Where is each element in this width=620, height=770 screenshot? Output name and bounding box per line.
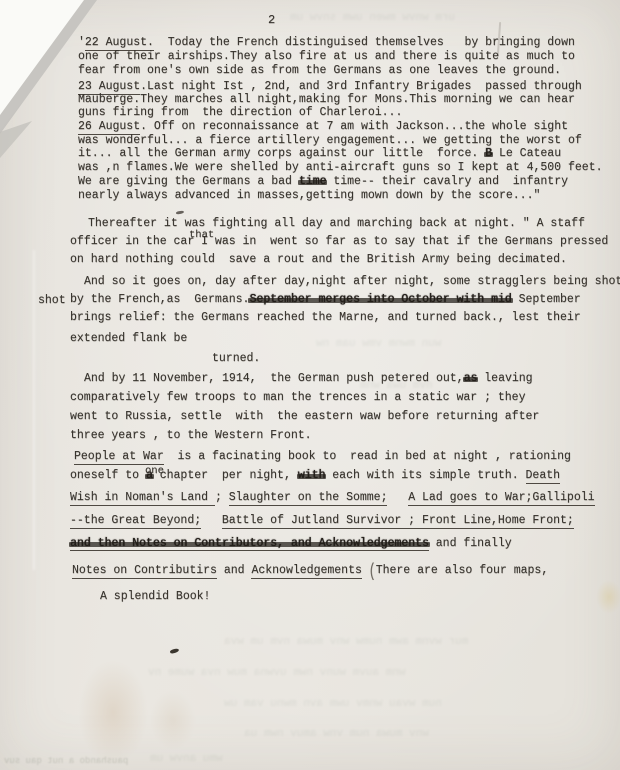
- struck-out-text: B: [485, 147, 492, 160]
- struck-out-text: time: [299, 175, 327, 188]
- underlined-text: Battle of Jutland Survivor ; Front Line,…: [222, 514, 574, 529]
- pencil-mark: (: [369, 563, 376, 582]
- typed-line-24: three years , to the Western Front.: [70, 430, 312, 442]
- typed-text: nearly always advanced in masses,getting…: [78, 189, 540, 202]
- typed-text: Thereafter it was fighting all day and m…: [88, 217, 585, 230]
- ghost-bleed-text: mur wvnm awm numw wnv muwa nvm um wva: [224, 636, 468, 648]
- typed-line-19: extended flank be: [70, 333, 187, 345]
- typed-line-16: And so it goes on, day after day,night a…: [84, 276, 620, 288]
- typed-text: was wonderful... a fierce artillery enga…: [78, 134, 582, 147]
- typed-text: September: [512, 293, 581, 306]
- ghost-bleed-text: nvm uwa wnm: [360, 380, 433, 392]
- paper-stain: [596, 580, 620, 614]
- underlined-text: Acknowledgements: [251, 564, 361, 579]
- typed-text: [387, 491, 408, 504]
- typed-text: A splendid Book!: [100, 590, 210, 603]
- typed-text: each with its simple truth.: [325, 469, 525, 482]
- typed-text: leaving: [477, 372, 532, 385]
- underlined-text: Slaughter on the Somme;: [229, 491, 388, 506]
- typed-text: turned.: [212, 352, 260, 365]
- typed-text: Mauberge.They marches all night,making f…: [78, 93, 575, 106]
- typed-line-9: it... all the German army corps against …: [78, 148, 561, 160]
- typed-text: one of their airships.They also fire at …: [78, 50, 575, 63]
- paper-stain: [150, 690, 196, 750]
- typed-line-10: was ,n flames.We were shelled by anti-ai…: [78, 162, 603, 174]
- typed-text: ': [78, 36, 85, 49]
- typed-line-15: on hard nothing could save a rout and th…: [70, 254, 567, 266]
- pencil-mark: [176, 210, 184, 215]
- typed-line-22: comparatively few troops to man the tren…: [70, 392, 525, 404]
- typed-text: time-- their cavalry and infantry: [326, 175, 568, 188]
- typed-text: brings relief: the Germans reached the M…: [70, 311, 581, 324]
- paper-stain: [78, 660, 148, 765]
- struck-out-text: with: [298, 469, 326, 482]
- typed-line-21: And by 11 November, 1914, the German pus…: [84, 373, 533, 385]
- typed-text: was ,n flames.We were shelled by anti-ai…: [78, 161, 603, 174]
- ghost-bleed-text: wnv muwa num vnw amuv nwm ua: [244, 728, 429, 740]
- struck-out-text: as: [464, 372, 478, 385]
- ghost-bleed-text: wun mwnm vmw uam nw: [316, 338, 441, 350]
- typed-text: on hard nothing could save a rout and th…: [70, 253, 567, 266]
- struck-out-text: September merges into October with mid: [249, 293, 511, 306]
- typed-insertion: one: [145, 465, 164, 477]
- typed-text: And so it goes on, day after day,night a…: [84, 275, 620, 288]
- paper-crease: [33, 250, 35, 570]
- typed-text: ;: [215, 491, 229, 504]
- typed-line-31: A splendid Book!: [100, 591, 210, 603]
- typed-text: There are also four maps,: [376, 564, 549, 577]
- ghost-bleed-text: num wvau wnmv uwm avn mwnu vam uw: [224, 698, 442, 710]
- typed-line-30: Notes on Contributirs and Acknowledgemen…: [72, 565, 548, 577]
- struck-out-text: and then Notes on Contributors, and Ackn…: [70, 537, 429, 551]
- typed-text: went to Russia, settle with the eastern …: [70, 410, 539, 423]
- underlined-text: People at War: [74, 450, 164, 465]
- ghost-bleed-text: wnm auvm wunv nwm uvwna muw nva wume nv: [148, 667, 405, 679]
- typed-text: oneself to: [70, 469, 146, 482]
- underlined-text: Wish in Noman's Land: [70, 491, 215, 506]
- typed-line-4: 23 August.Last night Ist , 2nd, and 3rd …: [78, 81, 582, 93]
- typed-line-5: Mauberge.They marches all night,making f…: [78, 94, 575, 106]
- typed-text: officer in the car I was in went so far …: [70, 235, 608, 248]
- underlined-text: Notes on Contributirs: [72, 564, 217, 579]
- typed-insertion: that: [189, 229, 214, 241]
- ghost-bleed-text: wmu anvw um: [150, 753, 223, 765]
- typed-line-25: People at War is a facinating book to re…: [74, 451, 571, 463]
- typed-line-3: fear from one's own side as from the Ger…: [78, 65, 561, 77]
- underlined-text: Death: [526, 469, 561, 484]
- typed-text: chapter per night,: [153, 469, 298, 482]
- margin-note: shot: [38, 294, 66, 307]
- ghost-bleed-text: urm wnvw mwen uwm snvw um: [290, 12, 455, 24]
- typed-text: is a facinating book to read in bed at n…: [164, 450, 571, 463]
- typed-text: We are giving the Germans a bad: [78, 175, 299, 188]
- typewritten-page: 2 shot '22 August. Today the French dist…: [0, 0, 620, 770]
- typed-line-20: turned.: [212, 353, 260, 365]
- typed-line-17: by the French,as Germans.September merge…: [70, 294, 581, 306]
- typed-text: it... all the German army corps against …: [78, 147, 485, 160]
- typed-line-13: Thereafter it was fighting all day and m…: [88, 218, 585, 230]
- typed-line-28: --the Great Beyond; Battle of Jutland Su…: [70, 515, 574, 527]
- typed-text: fear from one's own side as from the Ger…: [78, 64, 561, 77]
- typed-text: .Last night Ist , 2nd, and 3rd Infantry …: [140, 80, 582, 93]
- typed-text: extended flank be: [70, 332, 187, 345]
- typed-line-1: '22 August. Today the French distinguise…: [78, 37, 575, 49]
- typed-line-12: nearly always advanced in masses,getting…: [78, 190, 540, 202]
- typed-text: comparatively few troops to man the tren…: [70, 391, 525, 404]
- typed-line-23: went to Russia, settle with the eastern …: [70, 411, 539, 423]
- typed-line-14: officer in the car I was in went so far …: [70, 236, 608, 248]
- typed-line-11: We are giving the Germans a bad time tim…: [78, 176, 568, 188]
- typed-text: three years , to the Western Front.: [70, 429, 312, 442]
- typed-line-6: guns firing from the direction of Charle…: [78, 107, 402, 119]
- typed-line-7: 26 August. Off on reconnaissance at 7 am…: [78, 121, 568, 133]
- ghost-bleed-text: paushando a nut qau suv: [4, 756, 128, 766]
- typed-text: Le Cateau: [492, 147, 561, 160]
- typed-text: Today the French distinguised themselves…: [154, 36, 575, 49]
- typed-line-29: and then Notes on Contributors, and Ackn…: [70, 538, 512, 550]
- typed-text: guns firing from the direction of Charle…: [78, 106, 402, 119]
- typed-text: and finally: [429, 537, 512, 550]
- typed-line-27: Wish in Noman's Land ; Slaughter on the …: [70, 492, 595, 504]
- typed-line-18: brings relief: the Germans reached the M…: [70, 312, 581, 324]
- page-number: 2: [268, 13, 275, 27]
- underlined-text: A Lad goes to War;Gallipoli: [408, 491, 594, 506]
- underlined-text: 22 August.: [85, 36, 154, 51]
- ink-speck: [170, 648, 180, 655]
- typed-line-8: was wonderful... a fierce artillery enga…: [78, 135, 582, 147]
- typed-line-2: one of their airships.They also fire at …: [78, 51, 575, 63]
- typed-text: [201, 514, 222, 527]
- underlined-text: --the Great Beyond;: [70, 514, 201, 529]
- typed-line-26: oneself to a chapter per night, with eac…: [70, 470, 560, 482]
- typed-text: by the French,as Germans.: [70, 293, 249, 306]
- underlined-text: 26 August: [78, 120, 140, 135]
- typed-text: and: [217, 564, 252, 577]
- typed-text: [362, 564, 369, 577]
- typed-text: . Off on reconnaissance at 7 am with Jac…: [140, 120, 568, 133]
